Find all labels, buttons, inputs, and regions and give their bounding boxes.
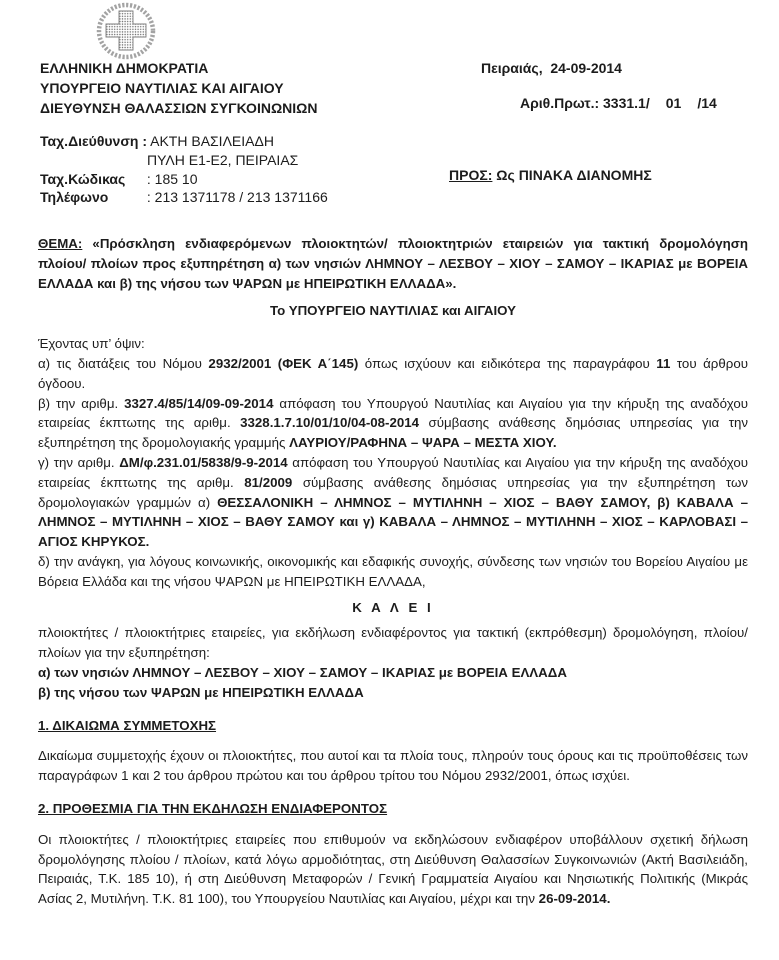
org-name-line3: ΔΙΕΥΘΥΝΣΗ ΘΑΛΑΣΣΙΩΝ ΣΥΓΚΟΙΝΩΝΙΩΝ [40,98,318,118]
text-segment: 3328.1.7.10/01/10/04-08-2014 [240,415,419,430]
text-segment: Ως ΠΙΝΑΚΑ ΔΙΑΝΟΜΗΣ [492,167,651,183]
text-segment: ΛΑΥΡΙΟΥ/ΡΑΦΗΝΑ – ΨΑΡΑ – ΜΕΣΤΑ ΧΙΟΥ. [289,435,557,450]
postal-code-value: : 185 10 [147,171,198,187]
invitation-route-a: α) των νησιών ΛΗΜΝΟΥ – ΛΕΣΒΟΥ – ΧΙΟΥ – Σ… [38,663,748,683]
consideration-item-a: α) τις διατάξεις του Νόμου 2932/2001 (ΦΕ… [38,354,748,394]
invitation-route-b: β) της νήσου των ΨΑΡΩΝ με ΗΠΕΙΡΩΤΙΚΗ ΕΛΛ… [38,683,748,703]
text-segment: α) τις διατάξεις του Νόμου [38,356,208,371]
protocol-prefix: Αριθ.Πρωτ.: 3331.1/ [520,95,650,111]
text-segment: Οι πλοιοκτήτες / πλοιοκτήτριες εταιρείες… [38,832,748,906]
consideration-item-d: δ) την ανάγκη, για λόγους κοινωνικής, οι… [38,552,748,592]
text-segment: β) την αριθμ. [38,396,124,411]
text-segment: όπως ισχύουν και ειδικότερα της παραγράφ… [358,356,656,371]
recipient-line: ΠΡΟΣ: Ως ΠΙΝΑΚΑ ΔΙΑΝΟΜΗΣ [449,167,652,183]
text-segment: «Πρόσκληση ενδιαφερόμενων πλοιοκτητών/ π… [38,236,748,291]
text-segment: 11 [656,356,670,371]
text-segment: 81/2009 [244,475,292,490]
org-name-line1: ΕΛΛΗΝΙΚΗ ΔΗΜΟΚΡΑΤΙΑ [40,58,318,78]
text-segment: 3327.4/85/14/09-09-2014 [124,396,273,411]
postal-code-label: Ταχ.Κώδικας [40,170,143,189]
postal-code-row: Ταχ.Κώδικας : 185 10 [40,170,328,189]
protocol-middle: 01 [666,95,682,111]
protocol-number: Αριθ.Πρωτ.: 3331.1/01/14 [520,95,717,111]
section-1-heading: 1. ΔΙΚΑΙΩΜΑ ΣΥΜΜΕΤΟΧΗΣ [38,716,748,736]
invitation-paragraph: πλοιοκτήτες / πλοιοκτήτριες εταιρείες, γ… [38,623,748,663]
text-segment: 2932/2001 (ΦΕΚ Α΄145) [208,356,358,371]
contact-block: Ταχ.Διεύθυνση : ΑΚΤΗ ΒΑΣΙΛΕΙΑΔΗ ΠΥΛΗ Ε1-… [40,132,328,207]
text-segment: ΘΕΜΑ: [38,236,82,251]
section-2-paragraph: Οι πλοιοκτήτες / πλοιοκτήτριες εταιρείες… [38,830,748,909]
ministry-title: Το ΥΠΟΥΡΓΕΙΟ ΝΑΥΤΙΛΙΑΣ και ΑΙΓΑΙΟΥ [38,301,748,321]
phone-row: Τηλέφωνο : 213 1371178 / 213 1371166 [40,188,328,207]
section-1-paragraph: Δικαίωμα συμμετοχής έχουν οι πλοιοκτήτες… [38,746,748,786]
having-regard-intro: Έχοντας υπ’ όψιν: [38,334,748,354]
subject-paragraph: ΘΕΜΑ: «Πρόσκληση ενδιαφερόμενων πλοιοκτη… [38,234,748,293]
text-segment: ΔΜ/φ.231.01/5838/9-9-2014 [119,455,287,470]
text-segment: γ) την αριθμ. [38,455,119,470]
invites-word: Κ Α Λ Ε Ι [38,598,748,618]
letterhead: ΕΛΛΗΝΙΚΗ ΔΗΜΟΚΡΑΤΙΑ ΥΠΟΥΡΓΕΙΟ ΝΑΥΤΙΛΙΑΣ … [40,58,318,118]
text-segment: 26-09-2014. [539,891,611,906]
consideration-item-b: β) την αριθμ. 3327.4/85/14/09-09-2014 απ… [38,394,748,453]
document-page: ΕΛΛΗΝΙΚΗ ΔΗΜΟΚΡΑΤΙΑ ΥΠΟΥΡΓΕΙΟ ΝΑΥΤΙΛΙΑΣ … [0,0,779,960]
place-date: Πειραιάς, 24-09-2014 [481,60,622,76]
section-2-heading: 2. ΠΡΟΘΕΣΜΙΑ ΓΙΑ ΤΗΝ ΕΚΔΗΛΩΣΗ ΕΝΔΙΑΦΕΡΟΝ… [38,799,748,819]
hellenic-republic-emblem-icon [90,2,162,60]
address-value: ΑΚΤΗ ΒΑΣΙΛΕΙΑΔΗ [150,133,274,149]
address-row: Ταχ.Διεύθυνση : ΑΚΤΗ ΒΑΣΙΛΕΙΑΔΗ [40,132,328,151]
protocol-suffix: /14 [697,95,716,111]
document-body: ΘΕΜΑ: «Πρόσκληση ενδιαφερόμενων πλοιοκτη… [38,234,748,909]
address-label: Ταχ.Διεύθυνση : [40,133,147,149]
phone-label: Τηλέφωνο [40,188,143,207]
org-name-line2: ΥΠΟΥΡΓΕΙΟ ΝΑΥΤΙΛΙΑΣ ΚΑΙ ΑΙΓΑΙΟΥ [40,78,318,98]
phone-value: : 213 1371178 / 213 1371166 [147,189,328,205]
address-value-line2: ΠΥΛΗ Ε1-Ε2, ΠΕΙΡΑΙΑΣ [147,151,328,170]
text-segment: ΠΡΟΣ: [449,167,492,183]
consideration-item-c: γ) την αριθμ. ΔΜ/φ.231.01/5838/9-9-2014 … [38,453,748,552]
